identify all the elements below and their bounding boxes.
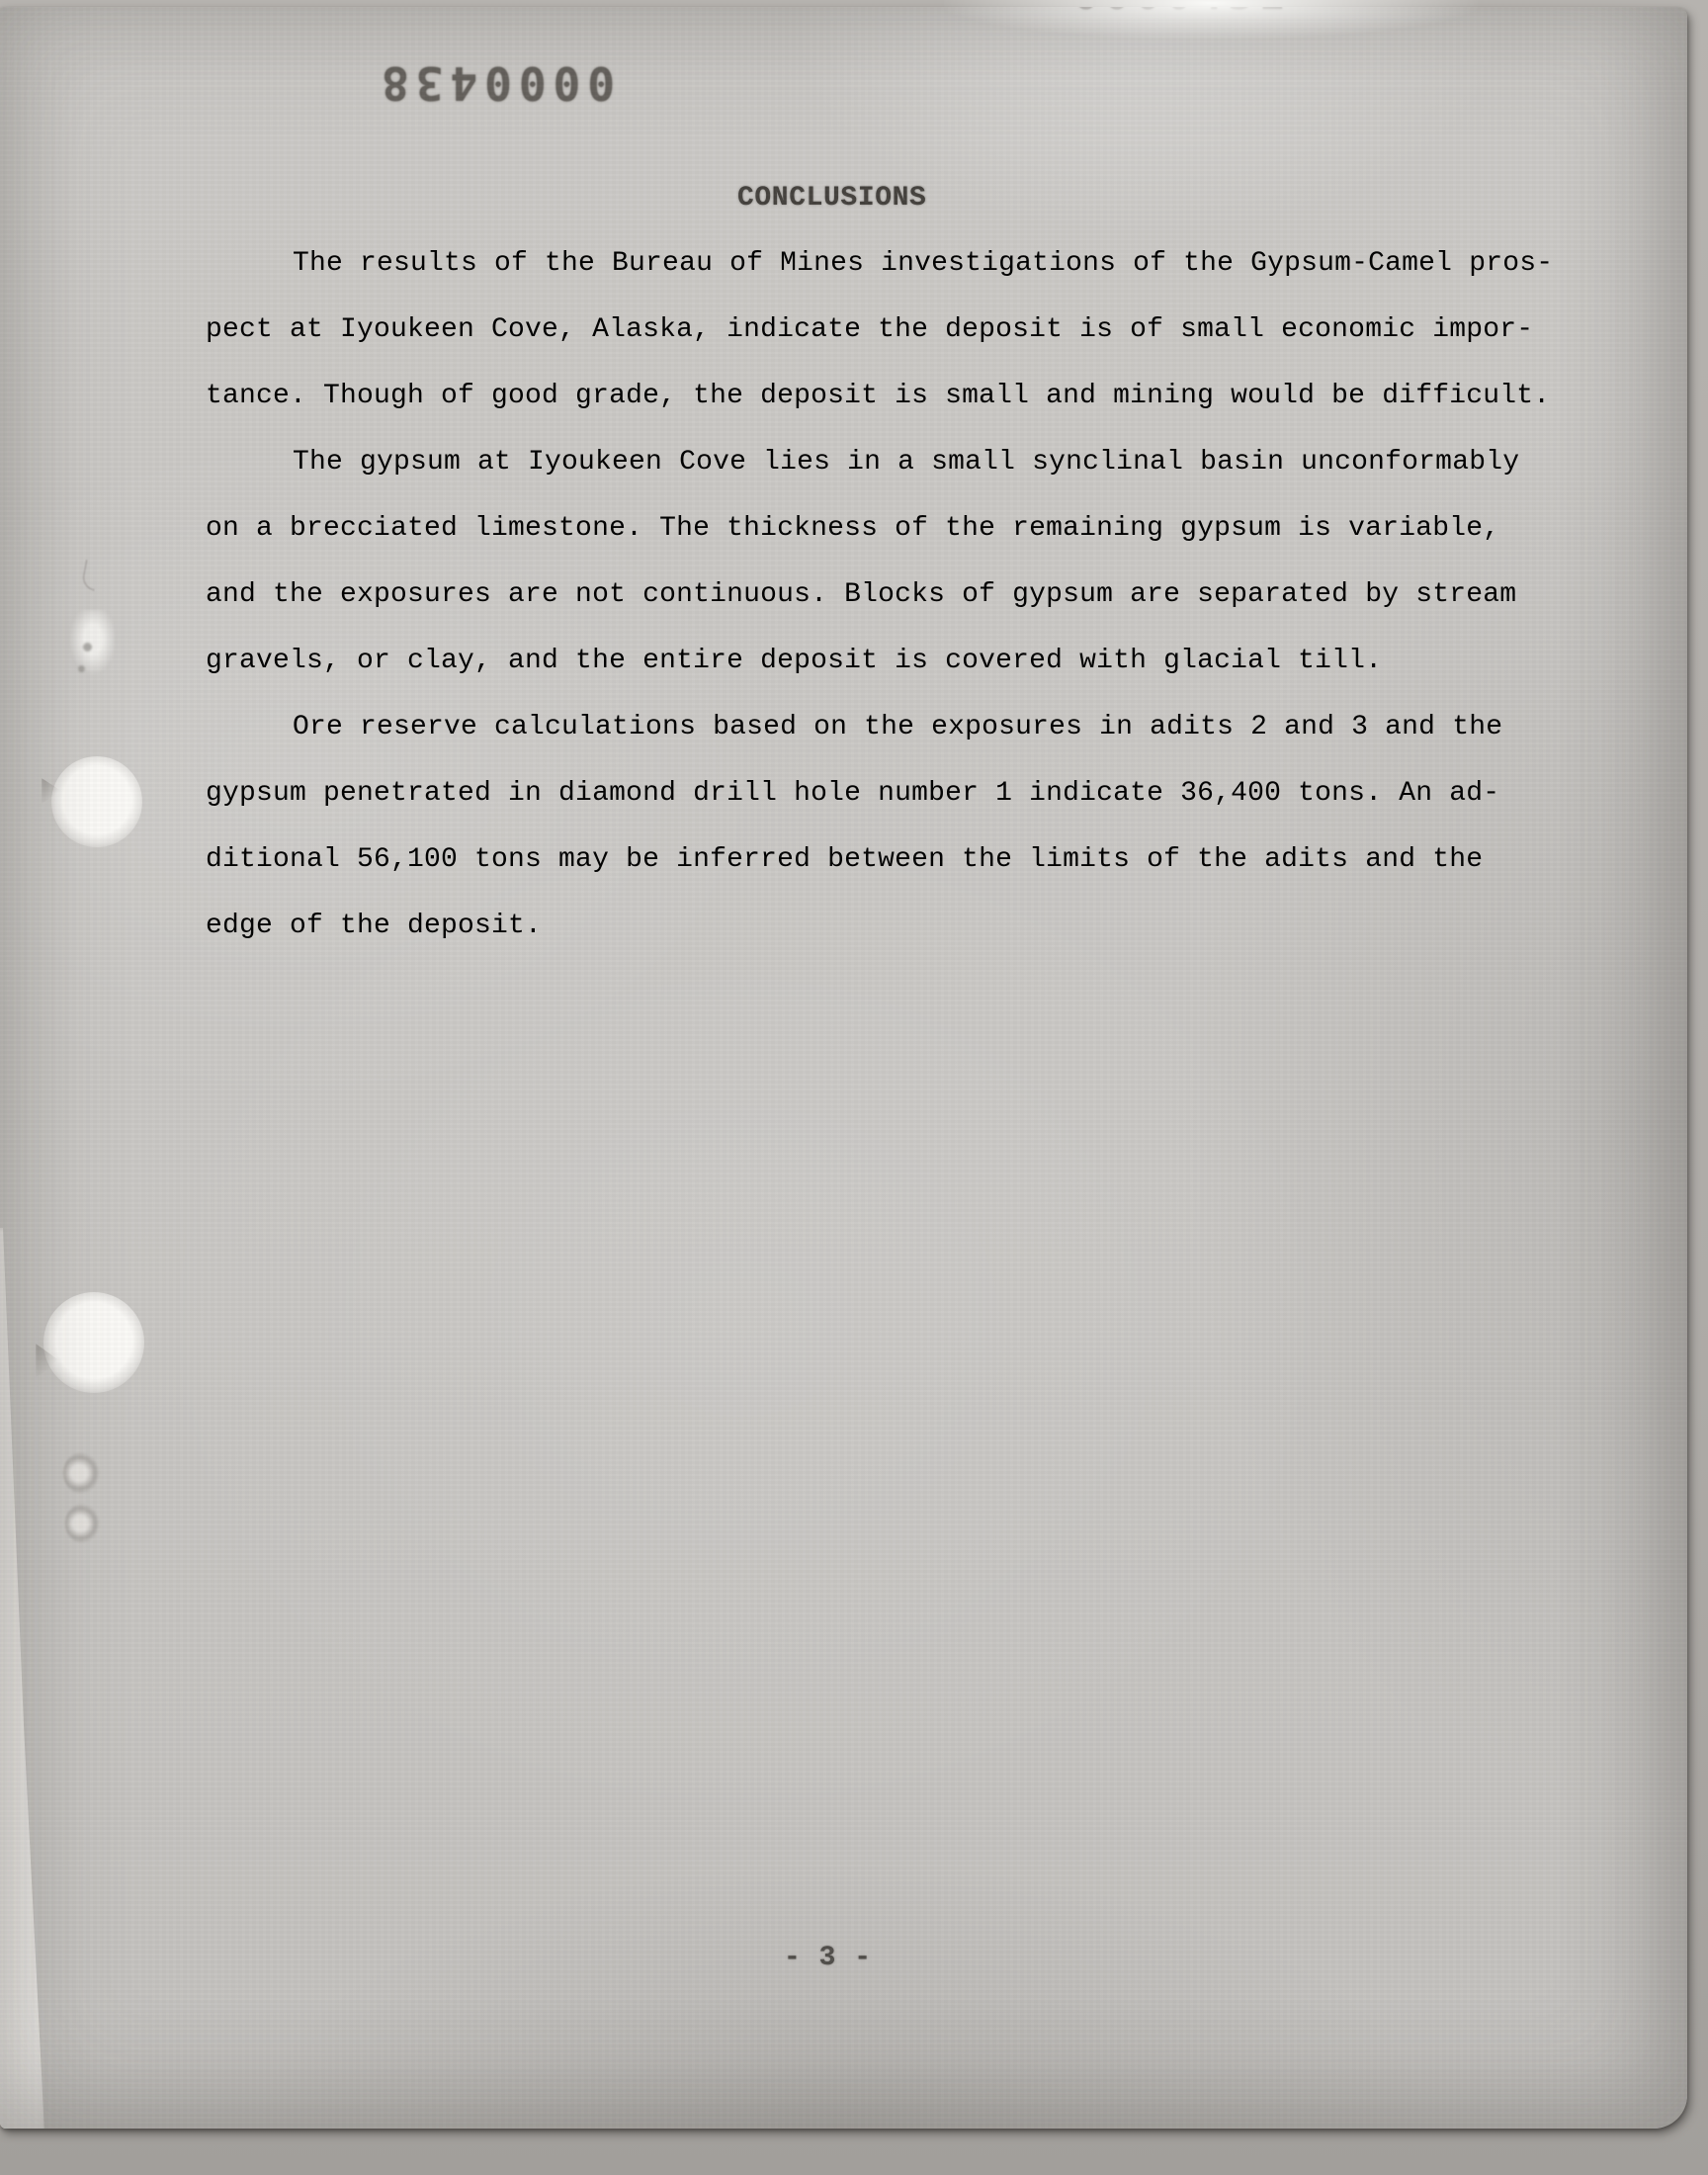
paragraph-2-line-2: on a brecciated limestone. The thickness… bbox=[206, 495, 1553, 562]
paragraph-2-line-3: and the exposures are not continuous. Bl… bbox=[206, 562, 1553, 628]
paragraph-2-line-4: gravels, or clay, and the entire deposit… bbox=[206, 628, 1553, 694]
paragraph-1-line-3: tance. Though of good grade, the deposit… bbox=[206, 363, 1553, 429]
paragraph-3-line-4: edge of the deposit. bbox=[206, 893, 1553, 959]
paragraph-3-line-1: Ore reserve calculations based on the ex… bbox=[206, 694, 1553, 760]
stamp-number-clipped: 0000431 bbox=[1073, 7, 1290, 16]
paragraph-1-line-1: The results of the Bureau of Mines inves… bbox=[206, 230, 1553, 297]
paper-smudge bbox=[69, 610, 115, 675]
punch-hole-bottom bbox=[43, 1292, 144, 1393]
paragraph-2-line-1: The gypsum at Iyoukeen Cove lies in a sm… bbox=[206, 429, 1553, 495]
paper-smudge bbox=[63, 1452, 99, 1494]
paper-smudge bbox=[65, 1504, 99, 1543]
stamp-number-inverted: 0000438 bbox=[366, 56, 615, 110]
page-title: CONCLUSIONS bbox=[737, 183, 926, 214]
paragraph-3-line-2: gypsum penetrated in diamond drill hole … bbox=[206, 760, 1553, 826]
paper-speck bbox=[83, 643, 92, 652]
body-text: The results of the Bureau of Mines inves… bbox=[206, 230, 1553, 959]
paper-speck bbox=[78, 665, 85, 672]
page-number: - 3 - bbox=[784, 1943, 872, 1973]
punch-hole-top bbox=[51, 756, 142, 847]
paragraph-3-line-3: ditional 56,100 tons may be inferred bet… bbox=[206, 826, 1553, 893]
paragraph-1-line-2: pect at Iyoukeen Cove, Alaska, indicate … bbox=[206, 297, 1553, 363]
paper-sheet: 0000438 0000431 CONCLUSIONS The results … bbox=[0, 7, 1687, 2129]
scanned-report-page: { "document": { "stamps": { "top_left_in… bbox=[0, 0, 1708, 2175]
paper-scratch-mark bbox=[81, 560, 100, 591]
